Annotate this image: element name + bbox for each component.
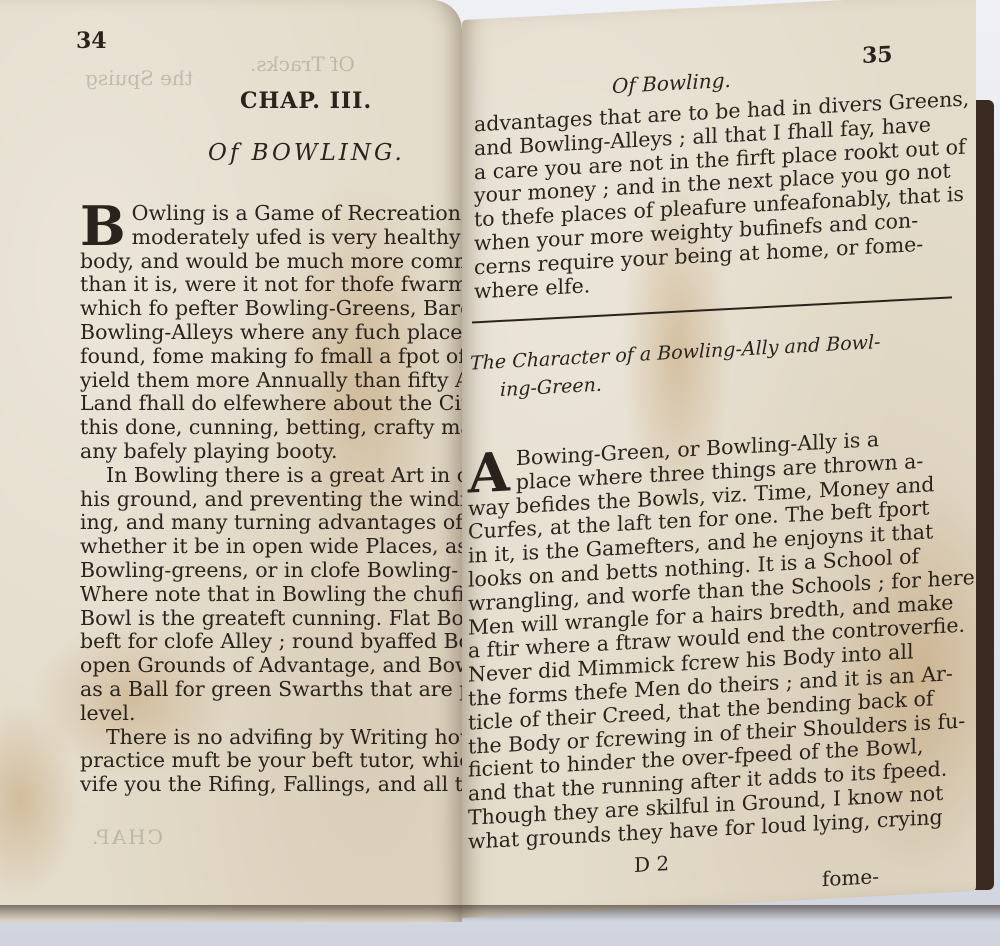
text-line: whether it be in open wide Places, as Ba… bbox=[80, 535, 462, 559]
book-bottom-shadow bbox=[0, 905, 1000, 921]
page-number: 34 bbox=[76, 28, 107, 54]
signature-mark: D 2 bbox=[634, 851, 669, 877]
chapter-heading: CHAP. III. bbox=[240, 88, 372, 114]
section-title: The Character of a Bowling-Ally and Bowl… bbox=[470, 328, 880, 406]
section-divider-rule bbox=[472, 296, 952, 323]
text-line: Owling is a Game of Recreation, wh bbox=[80, 202, 462, 226]
running-head: Of Bowling. bbox=[612, 68, 731, 98]
text-line: which fo pefter Bowling-Greens, Bare bbox=[80, 297, 462, 321]
right-page-body: A Bowing-Green, or Bowling-Ally is a pla… bbox=[468, 424, 958, 854]
text-line: yield them more Annually than fifty Ac bbox=[80, 369, 462, 393]
left-page: the Spuisg Of Tracks. 34 CHAP. III. Of B… bbox=[0, 0, 462, 922]
show-through-text: the Spuisg bbox=[85, 66, 193, 90]
water-stain bbox=[0, 700, 80, 900]
text-line: his ground, and preventing the windings bbox=[80, 488, 462, 512]
text-line: Land fhall do elfewhere about the Cit bbox=[80, 392, 462, 416]
left-page-body: B Owling is a Game of Recreation, wh mod… bbox=[80, 202, 462, 797]
text-line: as a Ball for green Swarths that are pla bbox=[80, 678, 462, 702]
show-through-text: Of Tracks. bbox=[250, 52, 355, 76]
text-line: Bowling-greens, or in clofe Bowling- bbox=[80, 559, 462, 583]
text-line: found, fome making fo fmall a fpot of G bbox=[80, 345, 462, 369]
text-line: level. bbox=[80, 702, 462, 726]
right-page-top-text: advantages that are to be had in divers … bbox=[474, 88, 954, 304]
text-line: than it is, were it not for thofe fwarms… bbox=[80, 273, 462, 297]
text-line: In Bowling there is a great Art in chuf bbox=[80, 464, 462, 488]
drop-cap: A bbox=[468, 449, 510, 495]
text-line: Bowling-Alleys where any fuch places ar bbox=[80, 321, 462, 345]
drop-cap: B bbox=[80, 204, 126, 248]
text-line: vife you the Rifing, Fallings, and all t… bbox=[80, 773, 462, 797]
page-number: 35 bbox=[862, 41, 893, 69]
text-line: moderately ufed is very healthy fo bbox=[80, 226, 462, 250]
text-line: ing, and many turning advantages of the bbox=[80, 511, 462, 535]
text-line: There is no advifing by Writing how to bbox=[80, 726, 462, 750]
show-through-text: CHAP. bbox=[90, 825, 163, 849]
text-line: open Grounds of Advantage, and Bowls bbox=[80, 654, 462, 678]
text-line: any bafely playing booty. bbox=[80, 440, 462, 464]
chapter-title: Of BOWLING. bbox=[208, 140, 405, 166]
right-page: 35 Of Bowling. advantages that are to be… bbox=[462, 0, 976, 918]
text-line: beft for clofe Alley ; round byaffed Bow bbox=[80, 630, 462, 654]
text-line: body, and would be much more commen bbox=[80, 250, 462, 274]
text-line: Where note that in Bowling the chufing bbox=[80, 583, 462, 607]
text-line: practice muft be your beft tutor, which … bbox=[80, 749, 462, 773]
text-line: Bowl is the greateft cunning. Flat Bo bbox=[80, 607, 462, 631]
catchword: fome- bbox=[822, 864, 879, 891]
text-line: this done, cunning, betting, crafty ma bbox=[80, 416, 462, 440]
